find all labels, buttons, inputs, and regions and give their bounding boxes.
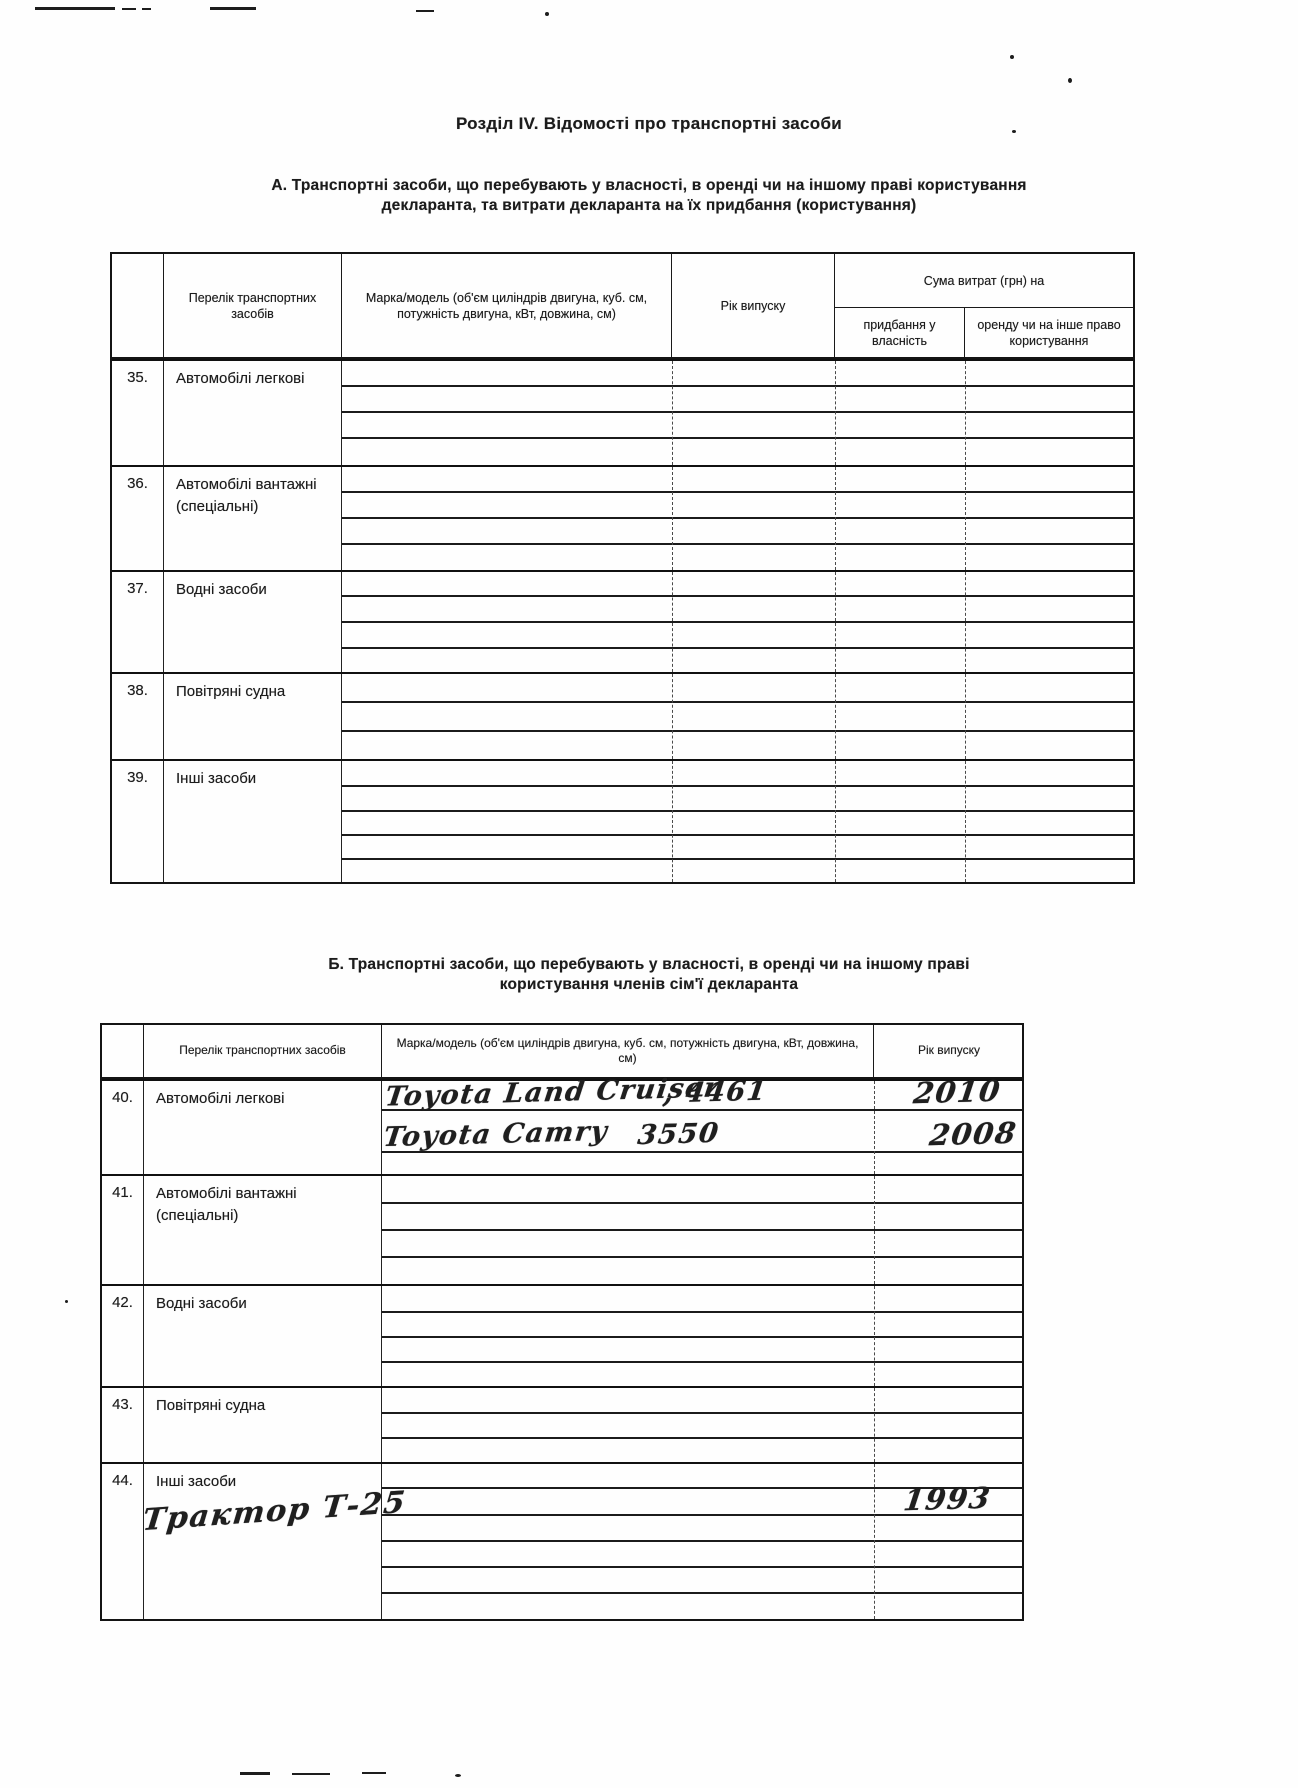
scan-artifact bbox=[210, 7, 256, 10]
col-header-purchase: придбання у власність bbox=[835, 308, 965, 357]
blank-entry-lines bbox=[382, 1286, 1022, 1386]
page-title: Розділ IV. Відомості про транспортні зас… bbox=[0, 114, 1298, 134]
scan-artifact bbox=[292, 1773, 330, 1775]
ruled-line bbox=[342, 493, 1133, 519]
row-number: 44. bbox=[102, 1464, 144, 1619]
section-b-heading: Б. Транспортні засоби, що перебувають у … bbox=[0, 955, 1298, 996]
entry-lines: Toyota Land Cruiser , 4461 2010 Toyota C… bbox=[382, 1081, 1022, 1174]
row-label: Автомобілі легкові bbox=[144, 1081, 382, 1174]
row-label-text: Інші засоби bbox=[156, 1473, 236, 1490]
handwritten-year: 2010 bbox=[912, 1074, 1004, 1110]
column-divider bbox=[672, 572, 673, 672]
handwritten-year: 2008 bbox=[928, 1116, 1020, 1152]
column-divider bbox=[672, 674, 673, 759]
table-row-36: 36. Автомобілі вантажні (спеціальні) bbox=[112, 465, 1133, 570]
column-divider bbox=[874, 1464, 875, 1619]
table-row-44: 44. Інші засоби Трактор Т-25 1993 bbox=[102, 1462, 1022, 1619]
row-number: 35. bbox=[112, 361, 164, 465]
col-header-list: Перелік транспортних засобів bbox=[144, 1025, 382, 1077]
col-header-empty bbox=[102, 1025, 144, 1077]
section-a-heading-line1: А. Транспортні засоби, що перебувають у … bbox=[0, 176, 1298, 196]
ruled-line bbox=[382, 1594, 1022, 1621]
ruled-line bbox=[342, 812, 1133, 836]
section-b-heading-line1: Б. Транспортні засоби, що перебувають у … bbox=[0, 955, 1298, 975]
column-divider bbox=[835, 361, 836, 465]
ruled-line bbox=[382, 1286, 1022, 1313]
blank-entry-lines bbox=[342, 361, 1133, 465]
scan-artifact bbox=[362, 1772, 386, 1774]
scan-artifact bbox=[122, 8, 136, 10]
table-a-header: Перелік транспортних засобів Марка/модел… bbox=[112, 254, 1133, 359]
ruled-line bbox=[342, 519, 1133, 545]
ruled-line bbox=[382, 1153, 1022, 1176]
row-label: Інші засоби Трактор Т-25 bbox=[144, 1464, 382, 1619]
blank-entry-lines bbox=[342, 467, 1133, 570]
row-number: 40. bbox=[102, 1081, 144, 1174]
section-a-heading-line2: декларанта, та витрати декларанта на їх … bbox=[0, 196, 1298, 216]
section-b-heading-line2: користування членів сім'ї декларанта bbox=[0, 975, 1298, 995]
ruled-line bbox=[342, 674, 1133, 703]
row-label: Інші засоби bbox=[164, 761, 342, 882]
vehicles-table-family: Перелік транспортних засобів Марка/модел… bbox=[100, 1023, 1024, 1621]
scan-artifact bbox=[416, 10, 434, 12]
ruled-line bbox=[382, 1542, 1022, 1568]
ruled-line bbox=[342, 649, 1133, 674]
row-label: Водні засоби bbox=[164, 572, 342, 672]
table-row-40: 40. Автомобілі легкові Toyota Land Cruis… bbox=[102, 1079, 1022, 1174]
ruled-line bbox=[382, 1313, 1022, 1338]
ruled-line bbox=[382, 1338, 1022, 1363]
row-number: 37. bbox=[112, 572, 164, 672]
column-divider bbox=[874, 1388, 875, 1462]
column-divider bbox=[874, 1286, 875, 1386]
ruled-line bbox=[342, 597, 1133, 623]
ruled-line bbox=[342, 860, 1133, 884]
scan-artifact bbox=[1010, 55, 1014, 59]
scan-artifact bbox=[142, 8, 151, 10]
column-divider bbox=[965, 467, 966, 570]
column-divider bbox=[835, 467, 836, 570]
table-row-39: 39. Інші засоби bbox=[112, 759, 1133, 882]
col-header-empty bbox=[112, 254, 164, 357]
table-row-41: 41. Автомобілі вантажні (спеціальні) bbox=[102, 1174, 1022, 1284]
column-divider bbox=[965, 761, 966, 882]
col-header-costs: Сума витрат (грн) на bbox=[835, 254, 1133, 308]
ruled-line bbox=[382, 1439, 1022, 1464]
ruled-line bbox=[382, 1516, 1022, 1542]
col-header-year: Рік випуску bbox=[874, 1025, 1024, 1077]
table-row-42: 42. Водні засоби bbox=[102, 1284, 1022, 1386]
scan-artifact bbox=[455, 1774, 461, 1777]
vehicles-table-declarant: Перелік транспортних засобів Марка/модел… bbox=[110, 252, 1135, 884]
ruled-line bbox=[342, 387, 1133, 413]
column-divider bbox=[965, 572, 966, 672]
scan-artifact bbox=[545, 12, 549, 16]
row-label: Автомобілі легкові bbox=[164, 361, 342, 465]
column-divider bbox=[672, 361, 673, 465]
ruled-line bbox=[342, 545, 1133, 572]
column-divider bbox=[965, 674, 966, 759]
ruled-line bbox=[382, 1388, 1022, 1414]
scanned-declaration-page: Розділ IV. Відомості про транспортні зас… bbox=[0, 0, 1298, 1788]
ruled-line bbox=[382, 1258, 1022, 1286]
table-row-37: 37. Водні засоби bbox=[112, 570, 1133, 672]
ruled-line bbox=[342, 761, 1133, 787]
col-header-rent: оренду чи на інше право користування bbox=[965, 308, 1133, 357]
ruled-line bbox=[342, 467, 1133, 493]
ruled-line bbox=[342, 623, 1133, 649]
blank-entry-lines bbox=[382, 1388, 1022, 1462]
column-divider bbox=[672, 761, 673, 882]
column-divider bbox=[965, 361, 966, 465]
row-label: Повітряні судна bbox=[144, 1388, 382, 1462]
ruled-line bbox=[342, 836, 1133, 860]
col-header-year: Рік випуску bbox=[672, 254, 835, 357]
blank-entry-lines bbox=[342, 674, 1133, 759]
column-divider bbox=[672, 467, 673, 570]
row-number: 36. bbox=[112, 467, 164, 570]
scan-artifact bbox=[65, 1300, 68, 1303]
entry-lines: 1993 bbox=[382, 1464, 1022, 1619]
table-row-35: 35. Автомобілі легкові bbox=[112, 359, 1133, 465]
ruled-line bbox=[382, 1568, 1022, 1594]
column-divider bbox=[835, 572, 836, 672]
blank-entry-lines bbox=[382, 1176, 1022, 1284]
row-number: 41. bbox=[102, 1176, 144, 1284]
table-row-43: 43. Повітряні судна bbox=[102, 1386, 1022, 1462]
row-number: 42. bbox=[102, 1286, 144, 1386]
ruled-line bbox=[342, 413, 1133, 439]
handwritten-brand: Toyota Camry bbox=[382, 1116, 610, 1153]
row-number: 38. bbox=[112, 674, 164, 759]
row-label: Повітряні судна bbox=[164, 674, 342, 759]
ruled-line bbox=[382, 1204, 1022, 1231]
ruled-line bbox=[342, 361, 1133, 387]
ruled-line bbox=[382, 1176, 1022, 1204]
blank-entry-lines bbox=[342, 572, 1133, 672]
table-row-38: 38. Повітряні судна bbox=[112, 672, 1133, 759]
column-divider bbox=[874, 1081, 875, 1174]
table-b-header: Перелік транспортних засобів Марка/модел… bbox=[102, 1025, 1022, 1079]
ruled-line bbox=[342, 703, 1133, 732]
column-divider bbox=[874, 1176, 875, 1284]
ruled-line bbox=[382, 1231, 1022, 1258]
ruled-line bbox=[342, 439, 1133, 467]
row-number: 43. bbox=[102, 1388, 144, 1462]
ruled-line bbox=[342, 787, 1133, 812]
col-header-brand: Марка/модель (об'єм циліндрів двигуна, к… bbox=[342, 254, 672, 357]
scan-artifact bbox=[240, 1772, 270, 1775]
col-header-list: Перелік транспортних засобів bbox=[164, 254, 342, 357]
row-number: 39. bbox=[112, 761, 164, 882]
row-label: Автомобілі вантажні (спеціальні) bbox=[144, 1176, 382, 1284]
ruled-line bbox=[342, 572, 1133, 597]
scan-artifact bbox=[35, 7, 115, 10]
ruled-line bbox=[342, 732, 1133, 761]
handwritten-vehicle-note: Трактор Т-25 bbox=[140, 1481, 408, 1543]
col-header-brand: Марка/модель (об'єм циліндрів двигуна, к… bbox=[382, 1025, 874, 1077]
ruled-line bbox=[382, 1414, 1022, 1439]
row-label: Водні засоби bbox=[144, 1286, 382, 1386]
handwritten-engine-capacity: 3550 bbox=[636, 1118, 722, 1151]
handwritten-engine-capacity: , 4461 bbox=[662, 1076, 769, 1110]
column-divider bbox=[835, 761, 836, 882]
ruled-line bbox=[382, 1363, 1022, 1388]
blank-entry-lines bbox=[342, 761, 1133, 882]
column-divider bbox=[835, 674, 836, 759]
scan-artifact bbox=[1068, 78, 1072, 83]
row-label: Автомобілі вантажні (спеціальні) bbox=[164, 467, 342, 570]
handwritten-year: 1993 bbox=[902, 1481, 994, 1517]
section-a-heading: А. Транспортні засоби, що перебувають у … bbox=[0, 176, 1298, 217]
